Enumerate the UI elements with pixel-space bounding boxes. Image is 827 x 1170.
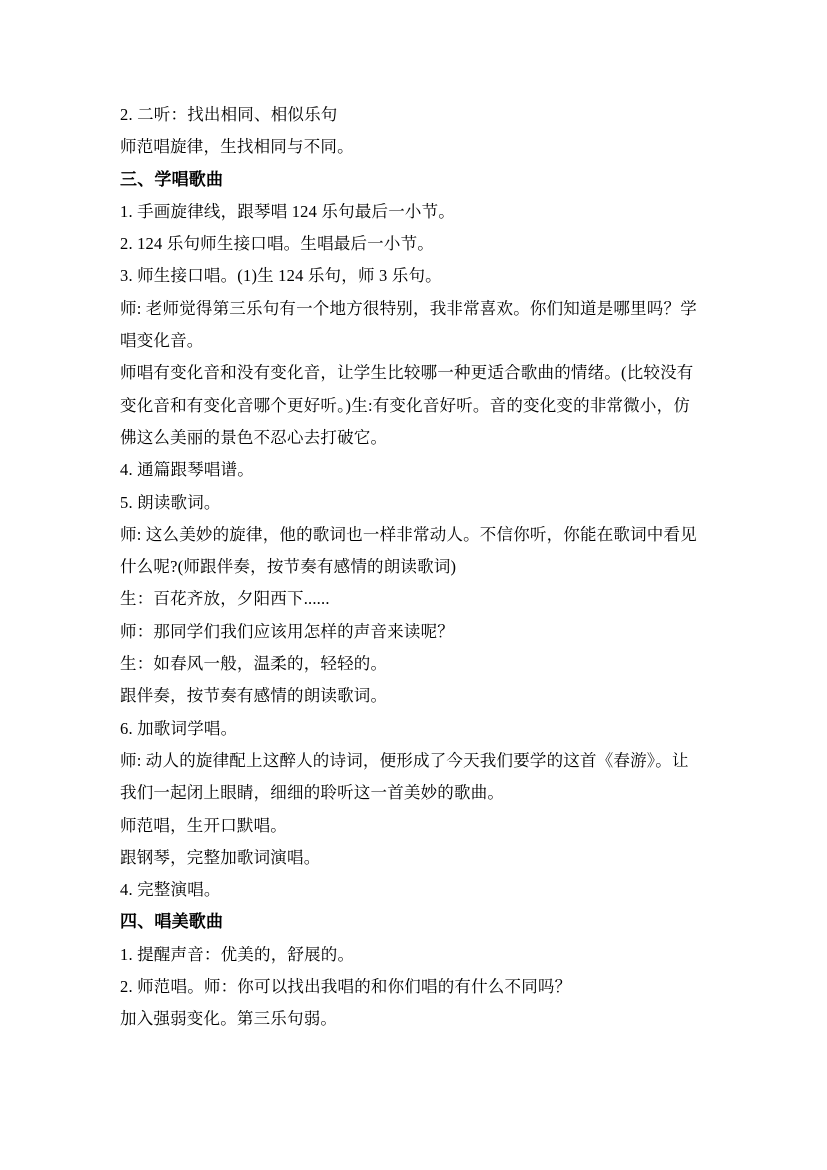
text-line: 6. 加歌词学唱。 — [120, 713, 720, 745]
text-line: 5. 朗读歌词。 — [120, 487, 720, 519]
text-line: 跟钢琴，完整加歌词演唱。 — [120, 842, 720, 874]
text-line: 师：那同学们我们应该用怎样的声音来读呢？ — [120, 616, 720, 648]
text-line: 师范唱，生开口默唱。 — [120, 810, 720, 842]
text-line: 变化音和有变化音哪个更好听。)生:有变化音好听。音的变化变的非常微小，仿 — [120, 390, 720, 422]
text-line: 跟伴奏，按节奏有感情的朗读歌词。 — [120, 680, 720, 712]
text-line: 加入强弱变化。第三乐句弱。 — [120, 1003, 720, 1035]
text-line: 师唱有变化音和没有变化音，让学生比较哪一种更适合歌曲的情绪。(比较没有 — [120, 357, 720, 389]
text-line: 师: 动人的旋律配上这醉人的诗词，便形成了今天我们要学的这首《春游》。让 — [120, 745, 720, 777]
text-line: 1. 手画旋律线，跟琴唱 124 乐句最后一小节。 — [120, 196, 720, 228]
document-body: 2. 二听：找出相同、相似乐句师范唱旋律，生找相同与不同。三、学唱歌曲1. 手画… — [120, 99, 720, 1036]
text-line: 生：如春风一般，温柔的，轻轻的。 — [120, 648, 720, 680]
text-line: 4. 通篇跟琴唱谱。 — [120, 454, 720, 486]
text-line: 2. 师范唱。师：你可以找出我唱的和你们唱的有什么不同吗？ — [120, 971, 720, 1003]
text-line: 生：百花齐放，夕阳西下...... — [120, 583, 720, 615]
text-line: 我们一起闭上眼睛，细细的聆听这一首美妙的歌曲。 — [120, 777, 720, 809]
text-line: 佛这么美丽的景色不忍心去打破它。 — [120, 422, 720, 454]
text-line: 4. 完整演唱。 — [120, 874, 720, 906]
text-line: 师范唱旋律，生找相同与不同。 — [120, 131, 720, 163]
text-line: 2. 二听：找出相同、相似乐句 — [120, 99, 720, 131]
section-heading: 三、学唱歌曲 — [120, 164, 720, 196]
text-line: 什么呢?(师跟伴奏，按节奏有感情的朗读歌词) — [120, 551, 720, 583]
text-line: 3. 师生接口唱。(1)生 124 乐句，师 3 乐句。 — [120, 260, 720, 292]
text-line: 1. 提醒声音：优美的，舒展的。 — [120, 939, 720, 971]
text-line: 2. 124 乐句师生接口唱。生唱最后一小节。 — [120, 228, 720, 260]
section-heading: 四、唱美歌曲 — [120, 906, 720, 938]
text-line: 师: 老师觉得第三乐句有一个地方很特别，我非常喜欢。你们知道是哪里吗？学 — [120, 293, 720, 325]
text-line: 唱变化音。 — [120, 325, 720, 357]
text-line: 师: 这么美妙的旋律，他的歌词也一样非常动人。不信你听，你能在歌词中看见 — [120, 519, 720, 551]
document-page: 2. 二听：找出相同、相似乐句师范唱旋律，生找相同与不同。三、学唱歌曲1. 手画… — [0, 0, 827, 1170]
